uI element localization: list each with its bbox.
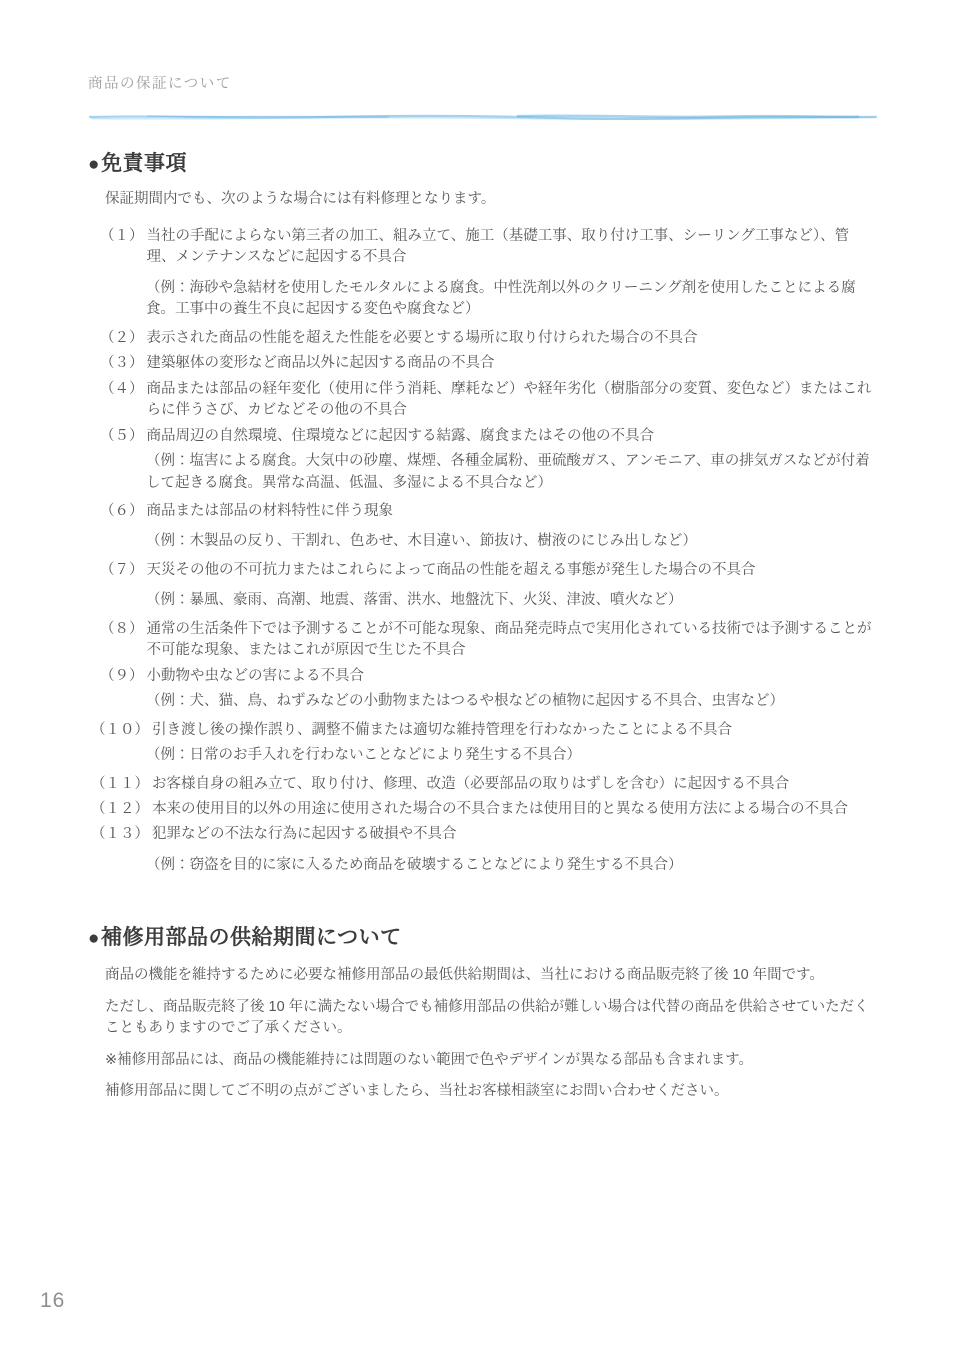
item-text: 表示された商品の性能を超えた性能を必要とする場所に取り付けられた場合の不具合 — [147, 328, 879, 349]
disclaimer-item-2: （２）表示された商品の性能を超えた性能を必要とする場所に取り付けられた場合の不具… — [100, 328, 878, 349]
parts-supply-paragraphs: 商品の機能を維持するために必要な補修用部品の最低供給期間は、当社における商品販売… — [88, 965, 878, 1039]
item-example: （例：暴風、豪雨、高潮、地震、落雷、洪水、地盤沈下、火災、津波、噴火など） — [146, 590, 878, 611]
disclaimer-item-3: （３）建築躯体の変形など商品以外に起因する商品の不具合 — [100, 353, 878, 374]
item-number: （１０） — [91, 720, 149, 741]
item-number: （１） — [100, 226, 144, 247]
disclaimer-item-9: （９）小動物や虫などの害による不具合 — [100, 666, 878, 687]
item-text: 本来の使用目的以外の用途に使用された場合の不具合または使用目的と異なる使用方法に… — [152, 799, 878, 820]
item-example: （例：塩害による腐食。大気中の砂塵、煤煙、各種金属粉、亜硫酸ガス、アンモニア、車… — [146, 451, 878, 494]
item-number: （２） — [100, 328, 144, 349]
item-number: （３） — [100, 353, 144, 374]
disclaimer-item-13: （１３）犯罪などの不法な行為に起因する破損や不具合 — [91, 824, 878, 845]
item-text: 商品周辺の自然環境、住環境などに起因する結露、腐食またはその他の不具合 — [147, 426, 879, 447]
section-heading-text: 免責事項 — [101, 152, 187, 175]
section-heading-parts-supply: ●補修用部品の供給期間について — [88, 922, 878, 953]
item-text: 当社の手配によらない第三者の加工、組み立て、施工（基礎工事、取り付け工事、シーリ… — [147, 226, 879, 269]
section-heading-disclaimer: ●免責事項 — [88, 148, 878, 179]
section-heading-text: 補修用部品の供給期間について — [101, 926, 402, 949]
bullet-icon: ● — [88, 928, 100, 949]
brush-underline-decoration — [88, 108, 878, 118]
disclaimer-item-1: （１）当社の手配によらない第三者の加工、組み立て、施工（基礎工事、取り付け工事、… — [100, 226, 878, 269]
disclaimer-item-7: （７）天災その他の不可抗力またはこれらによって商品の性能を超える事態が発生した場… — [100, 560, 878, 581]
item-number: （７） — [100, 560, 144, 581]
parts-supply-note: ※補修用部品には、商品の機能維持には問題のない範囲で色やデザインが異なる部品も含… — [105, 1050, 878, 1071]
item-text: 引き渡し後の操作誤り、調整不備または適切な維持管理を行わなかったことによる不具合 — [152, 720, 878, 741]
item-number: （９） — [100, 666, 144, 687]
item-number: （５） — [100, 426, 144, 447]
item-number: （６） — [100, 501, 144, 522]
disclaimer-item-10: （１０）引き渡し後の操作誤り、調整不備または適切な維持管理を行わなかったことによ… — [91, 720, 878, 741]
bullet-icon: ● — [88, 154, 100, 175]
item-number: （４） — [100, 379, 144, 400]
item-example: （例：木製品の反り、干割れ、色あせ、木目違い、節抜け、樹液のにじみ出しなど） — [146, 531, 878, 552]
item-number: （１３） — [91, 824, 149, 845]
section-parts-supply: ●補修用部品の供給期間について 商品の機能を維持するために必要な補修用部品の最低… — [88, 922, 878, 1102]
item-example: （例：日常のお手入れを行わないことなどにより発生する不具合） — [146, 745, 878, 766]
disclaimer-item-8: （８）通常の生活条件下では予測することが不可能な現象、商品発売時点で実用化されて… — [100, 619, 878, 662]
disclaimer-item-12: （１２）本来の使用目的以外の用途に使用された場合の不具合または使用目的と異なる使… — [91, 799, 878, 820]
disclaimer-item-4: （４）商品または部品の経年変化（使用に伴う消耗、摩耗など）や経年劣化（樹脂部分の… — [100, 379, 878, 422]
disclaimer-item-11: （１１）お客様自身の組み立て、取り付け、修理、改造（必要部品の取りはずしを含む）… — [91, 774, 878, 795]
brush-stroke-icon — [88, 112, 878, 122]
item-number: （１２） — [91, 799, 149, 820]
page-number: 16 — [40, 1285, 65, 1316]
disclaimer-list: （１）当社の手配によらない第三者の加工、組み立て、施工（基礎工事、取り付け工事、… — [100, 226, 878, 876]
disclaimer-item-6: （６）商品または部品の材料特性に伴う現象 — [100, 501, 878, 522]
item-text: 天災その他の不可抗力またはこれらによって商品の性能を超える事態が発生した場合の不… — [147, 560, 879, 581]
disclaimer-item-5: （５）商品周辺の自然環境、住環境などに起因する結露、腐食またはその他の不具合 — [100, 426, 878, 447]
item-text: 建築躯体の変形など商品以外に起因する商品の不具合 — [147, 353, 879, 374]
parts-supply-paragraph-1: 商品の機能を維持するために必要な補修用部品の最低供給期間は、当社における商品販売… — [105, 965, 878, 986]
item-text: 小動物や虫などの害による不具合 — [147, 666, 879, 687]
item-text: 通常の生活条件下では予測することが不可能な現象、商品発売時点で実用化されている技… — [147, 619, 879, 662]
item-text: 犯罪などの不法な行為に起因する破損や不具合 — [152, 824, 878, 845]
item-text: お客様自身の組み立て、取り付け、修理、改造（必要部品の取りはずしを含む）に起因す… — [152, 774, 878, 795]
disclaimer-intro: 保証期間内でも、次のような場合には有料修理となります。 — [105, 189, 878, 210]
item-text: 商品または部品の材料特性に伴う現象 — [147, 501, 879, 522]
item-example: （例：窃盗を目的に家に入るため商品を破壊することなどにより発生する不具合） — [146, 855, 878, 876]
item-example: （例：海砂や急結材を使用したモルタルによる腐食。中性洗剤以外のクリーニング剤を使… — [146, 278, 878, 321]
section-disclaimer: ●免責事項 保証期間内でも、次のような場合には有料修理となります。 （１）当社の… — [88, 148, 878, 876]
item-number: （１１） — [91, 774, 149, 795]
item-example: （例：犬、猫、鳥、ねずみなどの小動物またはつるや根などの植物に起因する不具合、虫… — [146, 691, 878, 712]
parts-supply-contact-note: 補修用部品に関してご不明の点がございましたら、当社お客様相談室にお問い合わせくだ… — [105, 1081, 878, 1102]
item-text: 商品または部品の経年変化（使用に伴う消耗、摩耗など）や経年劣化（樹脂部分の変質、… — [147, 379, 879, 422]
document-header: 商品の保証について — [88, 74, 878, 118]
parts-supply-paragraph-2: ただし、商品販売終了後 10 年に満たない場合でも補修用部品の供給が難しい場合は… — [105, 997, 878, 1040]
page-title: 商品の保証について — [88, 74, 878, 95]
item-number: （８） — [100, 619, 144, 640]
document-page: 商品の保証について ●免責事項 保証期間内でも、次のような場合には有料修理となり… — [0, 0, 960, 1103]
